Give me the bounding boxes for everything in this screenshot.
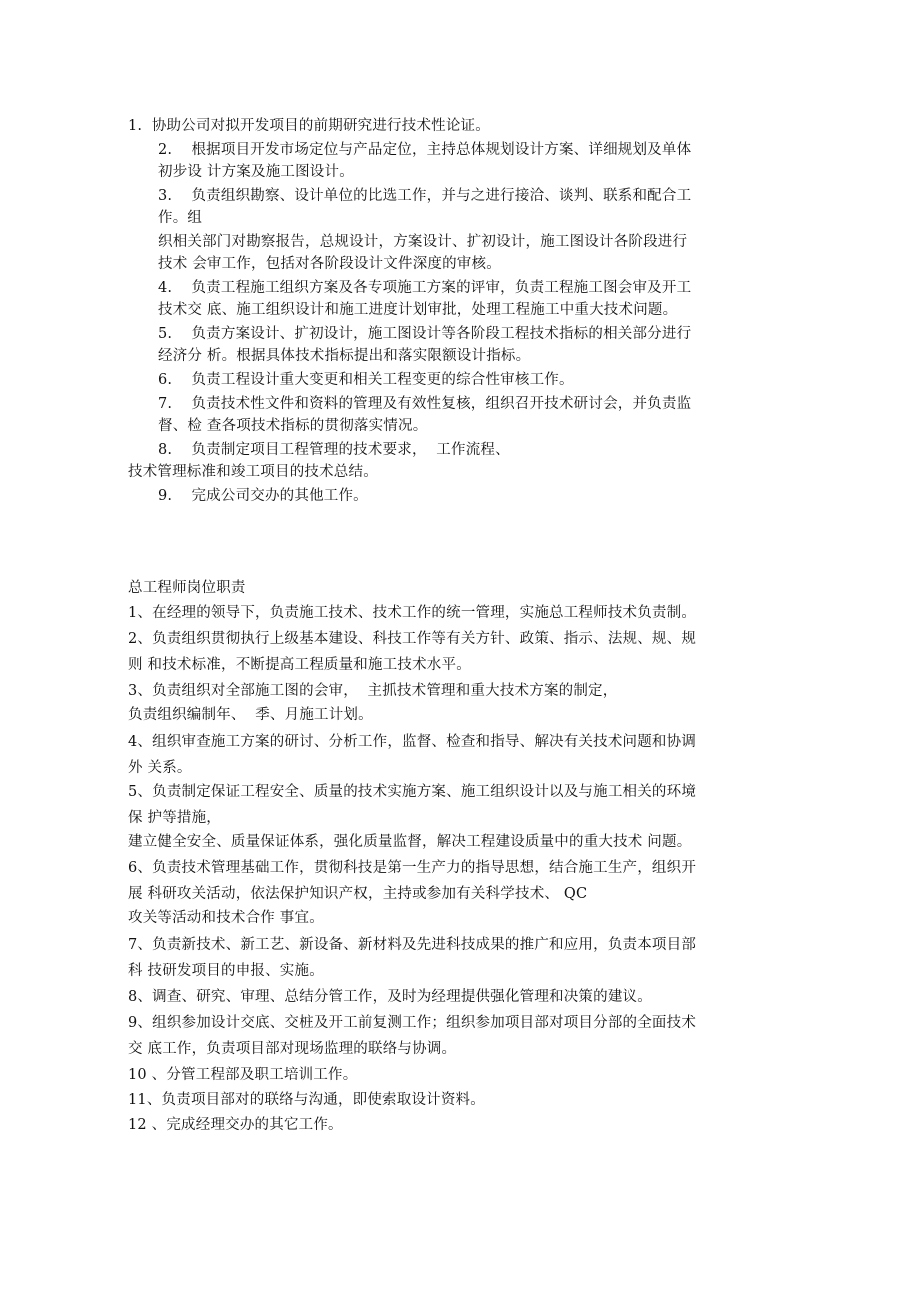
text-line: 9. 完成公司交办的其他工作。 xyxy=(158,486,368,506)
text-line: 3. 负责组织勘察、设计单位的比选工作，并与之进行接洽、谈判、联系和配合工 xyxy=(158,186,691,206)
text-line: 技术 会审工作，包括对各阶段设计文件深度的审核。 xyxy=(158,254,501,274)
text-line: 1. 协助公司对拟开发项目的前期研究进行技术性论证。 xyxy=(128,116,490,136)
text-line: 展 科研攻关活动，依法保护知识产权，主持或参加有关科学技术、 QC xyxy=(128,884,587,904)
text-line: 外 关系。 xyxy=(128,758,192,778)
text-line: 7. 负责技术性文件和资料的管理及有效性复核，组织召开技术研讨会，并负责监 xyxy=(158,394,691,414)
text-line: 9、组织参加设计交底、交桩及开工前复测工作；组织参加项目部对项目分部的全面技术 xyxy=(128,1013,696,1033)
text-line: 7、负责新技术、新工艺、新设备、新材料及先进科技成果的推广和应用，负责本项目部 xyxy=(128,935,696,955)
text-line: 5、负责制定保证工程安全、质量的技术实施方案、施工组织设计以及与施工相关的环境 xyxy=(128,782,696,802)
text-line: 则 和技术标准，不断提高工程质量和施工技术水平。 xyxy=(128,655,471,675)
text-line: 交 底工作，负责项目部对现场监理的联络与协调。 xyxy=(128,1039,456,1059)
text-line: 8. 负责制定项目工程管理的技术要求， 工作流程、 xyxy=(158,440,510,460)
text-line: 技术交 底、施工组织设计和施工进度计划审批，处理工程施工中重大技术问题。 xyxy=(158,300,677,320)
text-line: 4、组织审查施工方案的研讨、分析工作，监督、检查和指导、解决有关技术问题和协调 xyxy=(128,732,696,752)
text-line: 保 护等措施， xyxy=(128,808,221,828)
text-line: 3、负责组织对全部施工图的会审， 主抓技术管理和重大技术方案的制定， xyxy=(128,681,617,701)
text-line: 科 技研发项目的申报、实施。 xyxy=(128,961,324,981)
text-line: 6、负责技术管理基础工作，贯彻科技是第一生产力的指导思想，结合施工生产，组织开 xyxy=(128,858,696,878)
text-line: 11、负责项目部对的联络与沟通，即使索取设计资料。 xyxy=(128,1090,485,1110)
text-line: 4. 负责工程施工组织方案及各专项施工方案的评审，负责工程施工图会审及开工 xyxy=(158,278,691,298)
text-line: 初步设 计方案及施工图设计。 xyxy=(158,162,354,182)
text-line: 作。组 xyxy=(158,208,202,228)
text-line: 负责组织编制年、 季、月施工计划。 xyxy=(128,705,373,725)
text-line: 10 、分管工程部及职工培训工作。 xyxy=(128,1065,357,1085)
text-line: 12 、完成经理交办的其它工作。 xyxy=(128,1115,343,1135)
text-line: 8、调查、研究、审理、总结分管工作，及时为经理提供强化管理和决策的建议。 xyxy=(128,987,652,1007)
text-line: 督、检 查各项技术指标的贯彻落实情况。 xyxy=(158,416,427,436)
text-line: 1、在经理的领导下，负责施工技术、技术工作的统一管理，实施总工程师技术负责制。 xyxy=(128,603,696,623)
text-line: 6. 负责工程设计重大变更和相关工程变更的综合性审核工作。 xyxy=(158,370,574,390)
text-line: 5. 负责方案设计、扩初设计，施工图设计等各阶段工程技术指标的相关部分进行 xyxy=(158,324,691,344)
section-title: 总工程师岗位职责 xyxy=(128,578,246,598)
text-line: 建立健全安全、质量保证体系，强化质量监督，解决工程建设质量中的重大技术 问题。 xyxy=(128,832,691,852)
text-line: 2. 根据项目开发市场定位与产品定位，主持总体规划设计方案、详细规划及单体 xyxy=(158,140,691,160)
text-line: 织相关部门对勘察报告，总规设计，方案设计、扩初设计，施工图设计各阶段进行 xyxy=(158,232,687,252)
text-line: 2、负责组织贯彻执行上级基本建设、科技工作等有关方针、政策、指示、法规、规、规 xyxy=(128,629,696,649)
text-line: 经济分 析。根据具体技术指标提出和落实限额设计指标。 xyxy=(158,346,530,366)
text-line: 攻关等活动和技术合作 事宜。 xyxy=(128,908,324,928)
text-line: 技术管理标准和竣工项目的技术总结。 xyxy=(128,462,378,482)
